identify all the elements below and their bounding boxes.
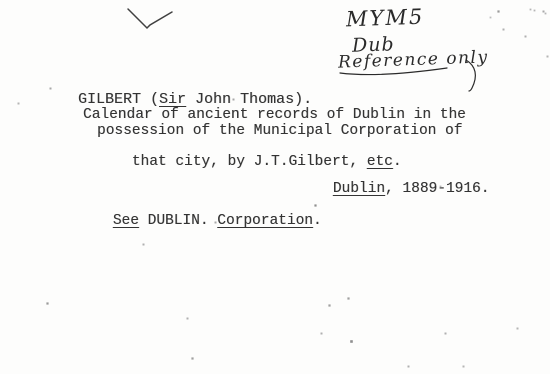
- author-heading-text: GILBERT (: [78, 91, 159, 108]
- title-line-1: Calendar of ancient records of Dublin in…: [83, 108, 466, 123]
- handwritten-shelfmark: MYM5: [346, 5, 425, 32]
- imprint-place: Dublin: [333, 181, 385, 197]
- checkmark-icon: [128, 9, 172, 28]
- see-reference-period: .: [313, 213, 322, 229]
- scan-noise: [0, 0, 1, 1]
- see-reference-line: See DUBLIN. Corporation.: [78, 199, 322, 244]
- see-reference-target: Corporation: [217, 213, 313, 229]
- title-line-2: possession of the Municipal Corporation …: [97, 124, 462, 139]
- author-heading-text-end: John Thomas).: [186, 91, 312, 108]
- imprint-dates: , 1889-1916.: [385, 181, 489, 197]
- see-word: See: [113, 213, 139, 229]
- imprint-line: Dublin, 1889-1916.: [298, 167, 489, 212]
- author-heading-underlined: Sir: [159, 91, 186, 108]
- see-reference-mid: DUBLIN.: [139, 213, 217, 229]
- handwritten-reference-note: Reference only: [338, 47, 489, 72]
- catalog-card: MYM5 Dub Reference only GILBERT (Sir Joh…: [0, 0, 550, 374]
